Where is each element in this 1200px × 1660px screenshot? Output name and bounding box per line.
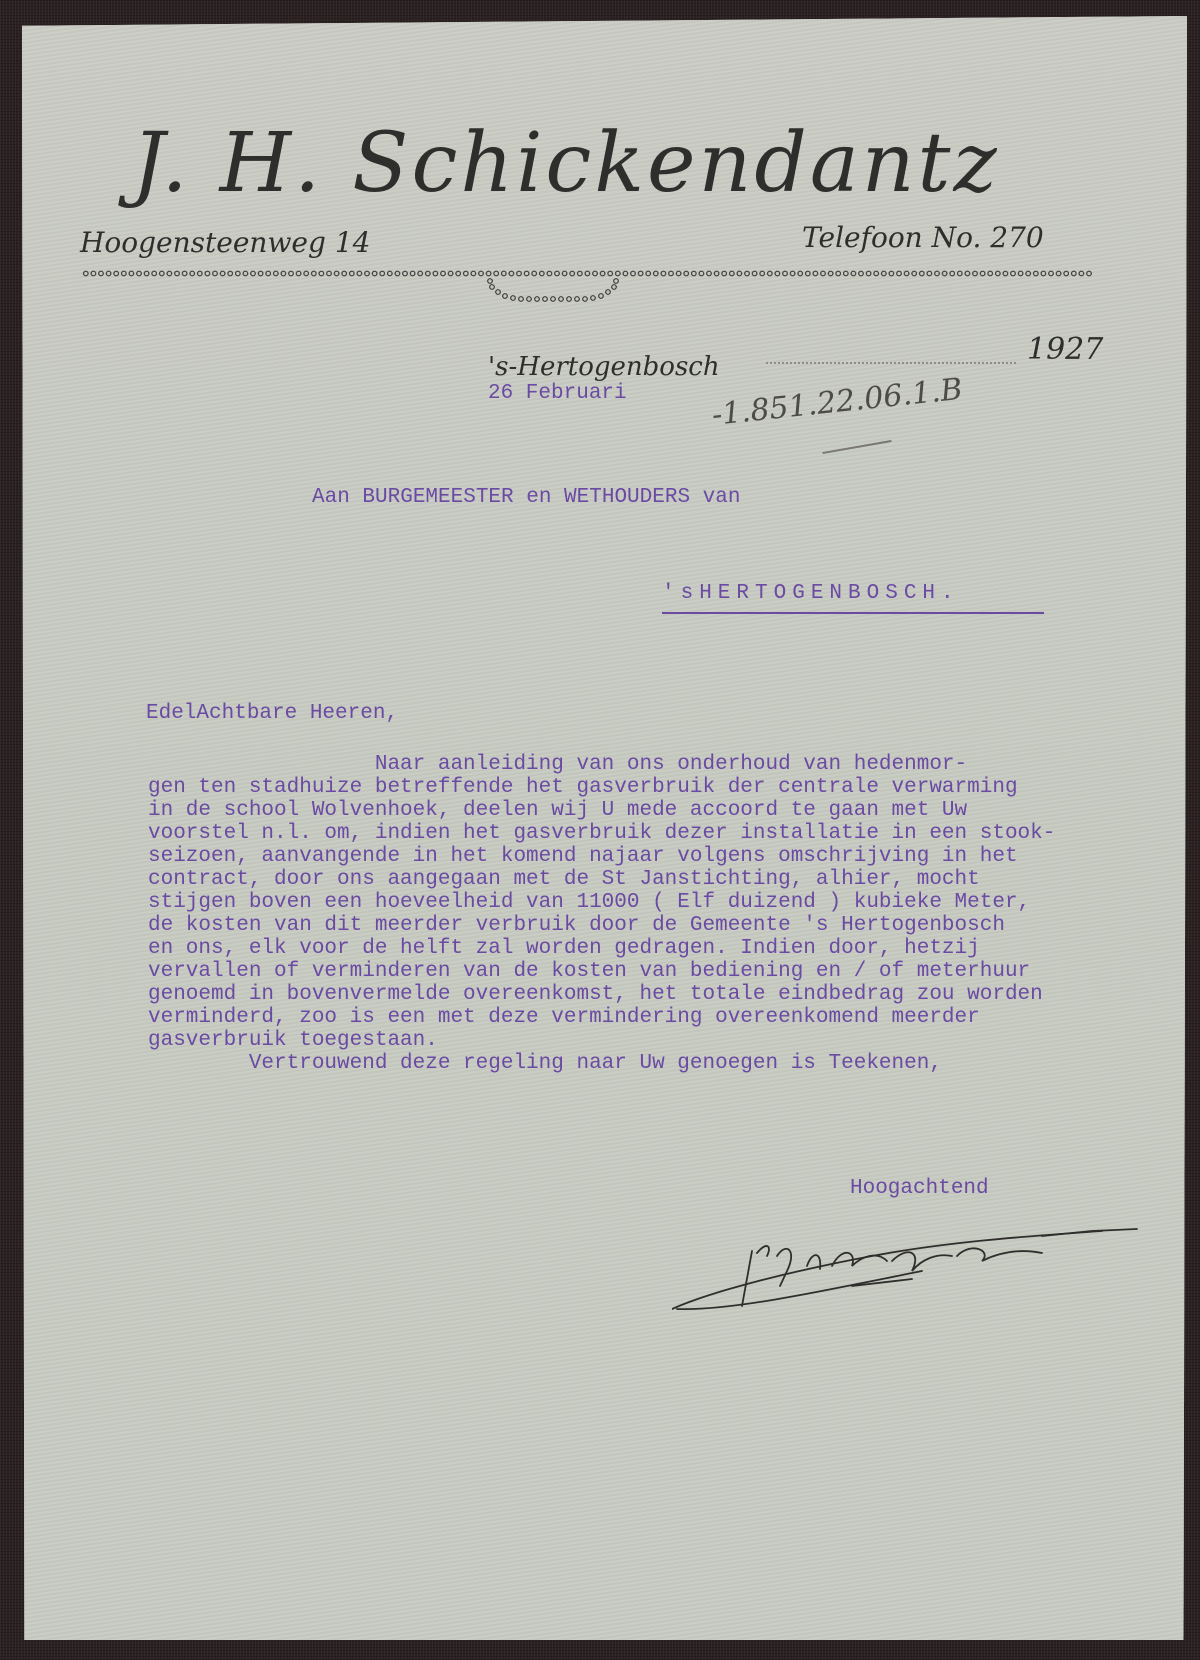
handwritten-signature — [672, 1211, 1172, 1331]
dateline-place: 's-Hertogenbosch — [488, 352, 720, 382]
body-line: voorstel n.l. om, indien het gasverbruik… — [148, 823, 1055, 844]
handwritten-reference-number: -1.851.22.06.1.B — [710, 372, 964, 433]
letterhead-company-name: J. H. Schickendantz — [132, 116, 1000, 211]
closing: Hoogachtend — [850, 1177, 989, 1200]
addressee-city: 'sHERTOGENBOSCH. — [662, 582, 960, 605]
salutation: EdelAchtbare Heeren, — [146, 702, 398, 725]
body-line: verminderd, zoo is een met deze verminde… — [148, 1007, 980, 1028]
ornamental-dotted-rule — [82, 270, 1092, 310]
body-line: gasverbruik toegestaan. — [148, 1030, 438, 1051]
body-line: Vertrouwend deze regeling naar Uw genoeg… — [148, 1053, 942, 1074]
body-line: in de school Wolvenhoek, deelen wij U me… — [148, 800, 967, 821]
body-line: contract, door ons aangegaan met de St J… — [148, 869, 980, 890]
body-line: en ons, elk voor de helft zal worden ged… — [148, 938, 980, 959]
body-line: vervallen of verminderen van de kosten v… — [148, 961, 1030, 982]
addressee-city-underline — [662, 612, 1044, 614]
dateline: 's-Hertogenbosch 26 Februari — [472, 334, 720, 423]
body-line: gen ten stadhuize betreffende het gasver… — [148, 777, 1018, 798]
letter-paper: J. H. Schickendantz Hoogensteenweg 14 Te… — [22, 16, 1187, 1640]
body-line: Naar aanleiding van ons onderhoud van he… — [148, 754, 967, 775]
body-line: de kosten van dit meerder verbruik door … — [148, 915, 1005, 936]
body-line: genoemd in bovenvermelde overeenkomst, h… — [148, 984, 1043, 1005]
dateline-year: 1927 — [1027, 332, 1103, 367]
dateline-dotted-rule — [766, 362, 1016, 364]
letterhead-address: Hoogensteenweg 14 — [80, 226, 370, 259]
dateline-date: 26 Februari — [488, 382, 627, 405]
handwritten-underline — [822, 440, 891, 454]
body-line: stijgen boven een hoeveelheid van 11000 … — [148, 892, 1030, 913]
addressee-line: Aan BURGEMEESTER en WETHOUDERS van — [312, 486, 740, 509]
letterhead-telephone: Telefoon No. 270 — [802, 221, 1044, 254]
body-line: seizoen, aanvangende in het komend najaa… — [148, 846, 1018, 867]
